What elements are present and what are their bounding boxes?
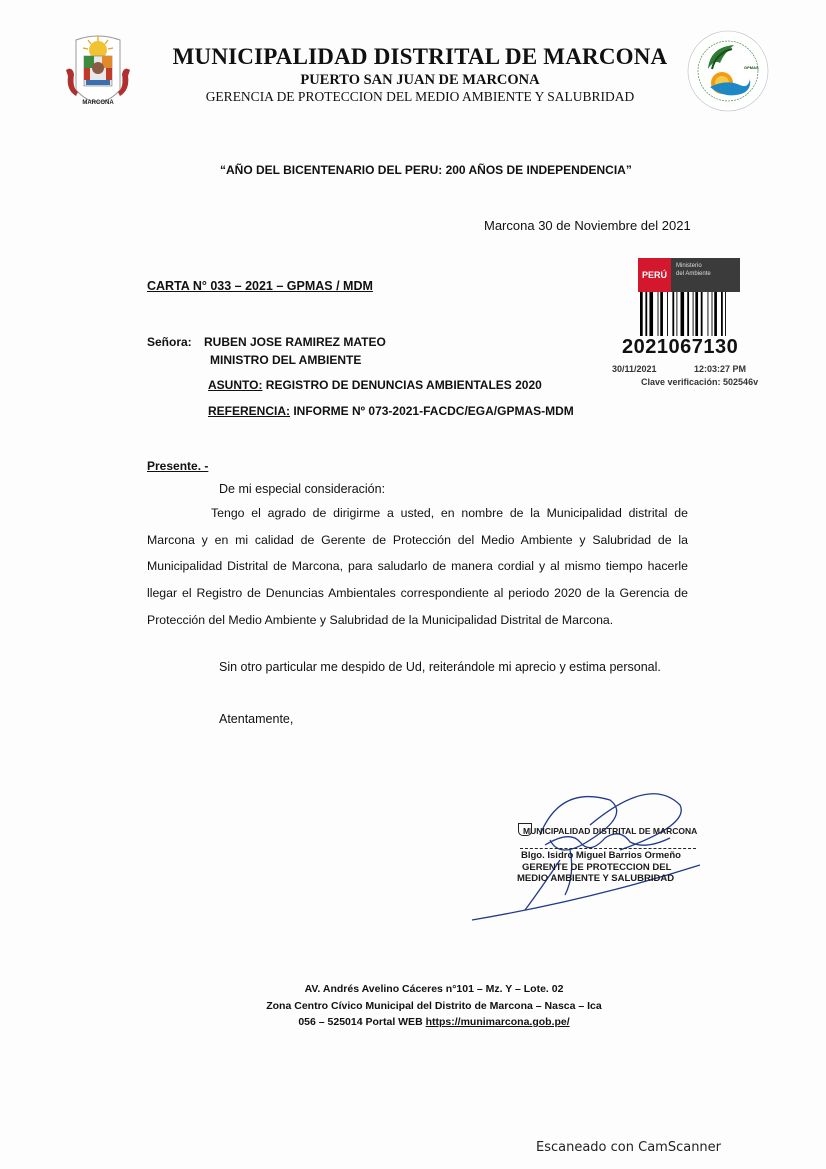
sign-off: Atentamente, [219, 712, 293, 726]
reference-line: REFERENCIA: INFORME Nº 073-2021-FACDC/EG… [208, 404, 574, 418]
institution-title: MUNICIPALIDAD DISTRITAL DE MARCONA [0, 44, 826, 70]
stamp-date: 30/11/2021 [612, 364, 657, 374]
camscanner-watermark: Escaneado con CamScanner [536, 1140, 721, 1155]
recipient-label: Señora: [147, 335, 192, 349]
signer-name: Blgo. Isidro Miguel Barrios Ormeño [521, 850, 681, 861]
stamp-time: 12:03:27 PM [694, 364, 746, 374]
greeting: De mi especial consideración: [219, 482, 385, 496]
reference-value: INFORME Nº 073-2021-FACDC/EGA/GPMAS-MDM [290, 404, 574, 418]
body-paragraph: Tengo el agrado de dirigirme a usted, en… [147, 500, 688, 634]
department-name: GERENCIA DE PROTECCION DEL MEDIO AMBIENT… [0, 89, 826, 105]
website-link[interactable]: https://munimarcona.gob.pe/ [426, 1016, 570, 1028]
signer-role-line1: GERENTE DE PROTECCION DEL [522, 862, 671, 873]
recipient-role: MINISTRO DEL AMBIENTE [210, 353, 361, 367]
ministry-label: Ministerio del Ambiente [676, 262, 711, 278]
signer-role-line2: MEDIO AMBIENTE Y SALUBRIDAD [517, 873, 674, 884]
subject-label: ASUNTO: [208, 378, 262, 392]
footer-address: AV. Andrés Avelino Cáceres n°101 – Mz. Y… [0, 983, 826, 995]
letter-date: Marcona 30 de Noviembre del 2021 [484, 218, 691, 233]
closing-line: Sin otro particular me despido de Ud, re… [219, 660, 661, 674]
peru-label: PERÚ [638, 258, 671, 292]
signature-line [520, 848, 696, 849]
subject-value: REGISTRO DE DENUNCIAS AMBIENTALES 2020 [262, 378, 541, 392]
footer-phone: 056 – 525014 Portal WEB [298, 1016, 425, 1028]
registration-number: 2021067130 [622, 336, 738, 359]
institution-subtitle: PUERTO SAN JUAN DE MARCONA [0, 72, 826, 89]
subject-line: ASUNTO: REGISTRO DE DENUNCIAS AMBIENTALE… [208, 378, 542, 392]
presente-heading: Presente. - [147, 459, 208, 473]
footer-location: Zona Centro Cívico Municipal del Distrit… [0, 1000, 826, 1012]
barcode-icon [640, 292, 758, 336]
footer-contact: 056 – 525014 Portal WEB https://munimarc… [0, 1016, 826, 1028]
signature-stamp-institution: MUNICIPALIDAD DISTRITAL DE MARCONA [523, 826, 697, 836]
letter-number: CARTA N° 033 – 2021 – GPMAS / MDM [147, 279, 373, 293]
verification-key: Clave verificación: 502546v [641, 377, 758, 387]
reference-label: REFERENCIA: [208, 404, 290, 418]
year-motto: “AÑO DEL BICENTENARIO DEL PERU: 200 AÑOS… [220, 163, 632, 177]
recipient-name: RUBEN JOSE RAMIREZ MATEO [204, 335, 386, 349]
